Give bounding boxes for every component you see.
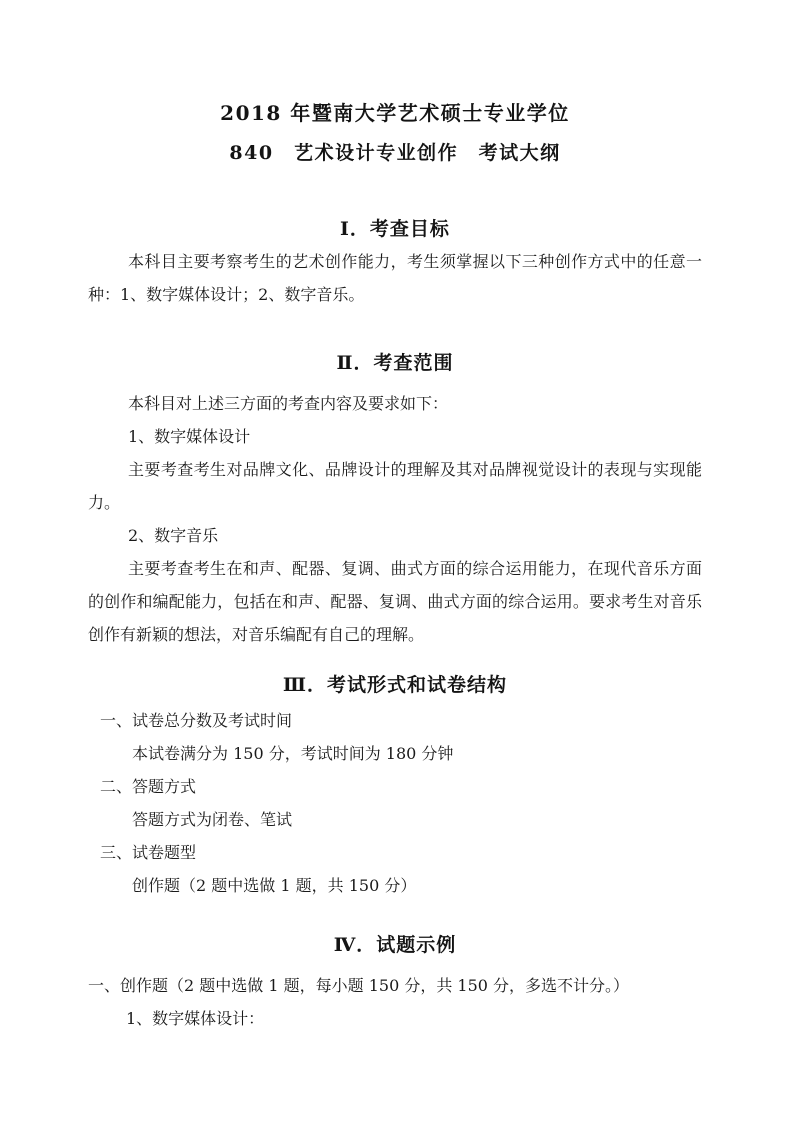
section-4-body: 一、创作题（2 题中选做 1 题，每小题 150 分，共 150 分，多选不计分… — [88, 969, 702, 1035]
section-4-heading: Ⅳ．试题示例 — [88, 932, 702, 958]
section-4-line-1: 一、创作题（2 题中选做 1 题，每小题 150 分，共 150 分，多选不计分… — [88, 969, 702, 1002]
section-2-body: 本科目对上述三方面的考查内容及要求如下： 1、数字媒体设计 主要考查考生对品牌文… — [88, 387, 702, 651]
section-2-paragraph-5: 主要考查考生在和声、配器、复调、曲式方面的综合运用能力，在现代音乐方面的创作和编… — [88, 552, 702, 651]
document-content: 2018 年暨南大学艺术硕士专业学位 840 艺术设计专业创作 考试大纲 Ⅰ．考… — [88, 0, 702, 1035]
document-title-line1: 2018 年暨南大学艺术硕士专业学位 — [88, 0, 702, 127]
section-3-item-1-detail: 本试卷满分为 150 分，考试时间为 180 分钟 — [88, 737, 702, 770]
section-3-item-3-detail: 创作题（2 题中选做 1 题，共 150 分） — [88, 869, 702, 902]
section-3-item-3-label: 三、试卷题型 — [88, 836, 702, 869]
section-3-item-2-detail: 答题方式为闭卷、笔试 — [88, 803, 702, 836]
section-3-item-2-label: 二、答题方式 — [88, 770, 702, 803]
document-title-line2: 840 艺术设计专业创作 考试大纲 — [88, 140, 702, 166]
section-2-paragraph-2: 1、数字媒体设计 — [88, 420, 702, 453]
section-3-item-1-label: 一、试卷总分数及考试时间 — [88, 704, 702, 737]
document-page: 2018 年暨南大学艺术硕士专业学位 840 艺术设计专业创作 考试大纲 Ⅰ．考… — [0, 0, 793, 1122]
section-1-heading: Ⅰ．考查目标 — [88, 216, 702, 242]
section-3-heading: Ⅲ．考试形式和试卷结构 — [88, 672, 702, 698]
section-4-line-2: 1、数字媒体设计： — [88, 1002, 702, 1035]
section-2-paragraph-4: 2、数字音乐 — [88, 519, 702, 552]
section-1-paragraph-1: 本科目主要考察考生的艺术创作能力，考生须掌握以下三种创作方式中的任意一种：1、数… — [88, 245, 702, 311]
section-2-paragraph-3: 主要考查考生对品牌文化、品牌设计的理解及其对品牌视觉设计的表现与实现能力。 — [88, 453, 702, 519]
section-2-heading: Ⅱ．考查范围 — [88, 350, 702, 376]
section-3-body: 一、试卷总分数及考试时间 本试卷满分为 150 分，考试时间为 180 分钟 二… — [88, 704, 702, 902]
section-2-paragraph-1: 本科目对上述三方面的考查内容及要求如下： — [88, 387, 702, 420]
